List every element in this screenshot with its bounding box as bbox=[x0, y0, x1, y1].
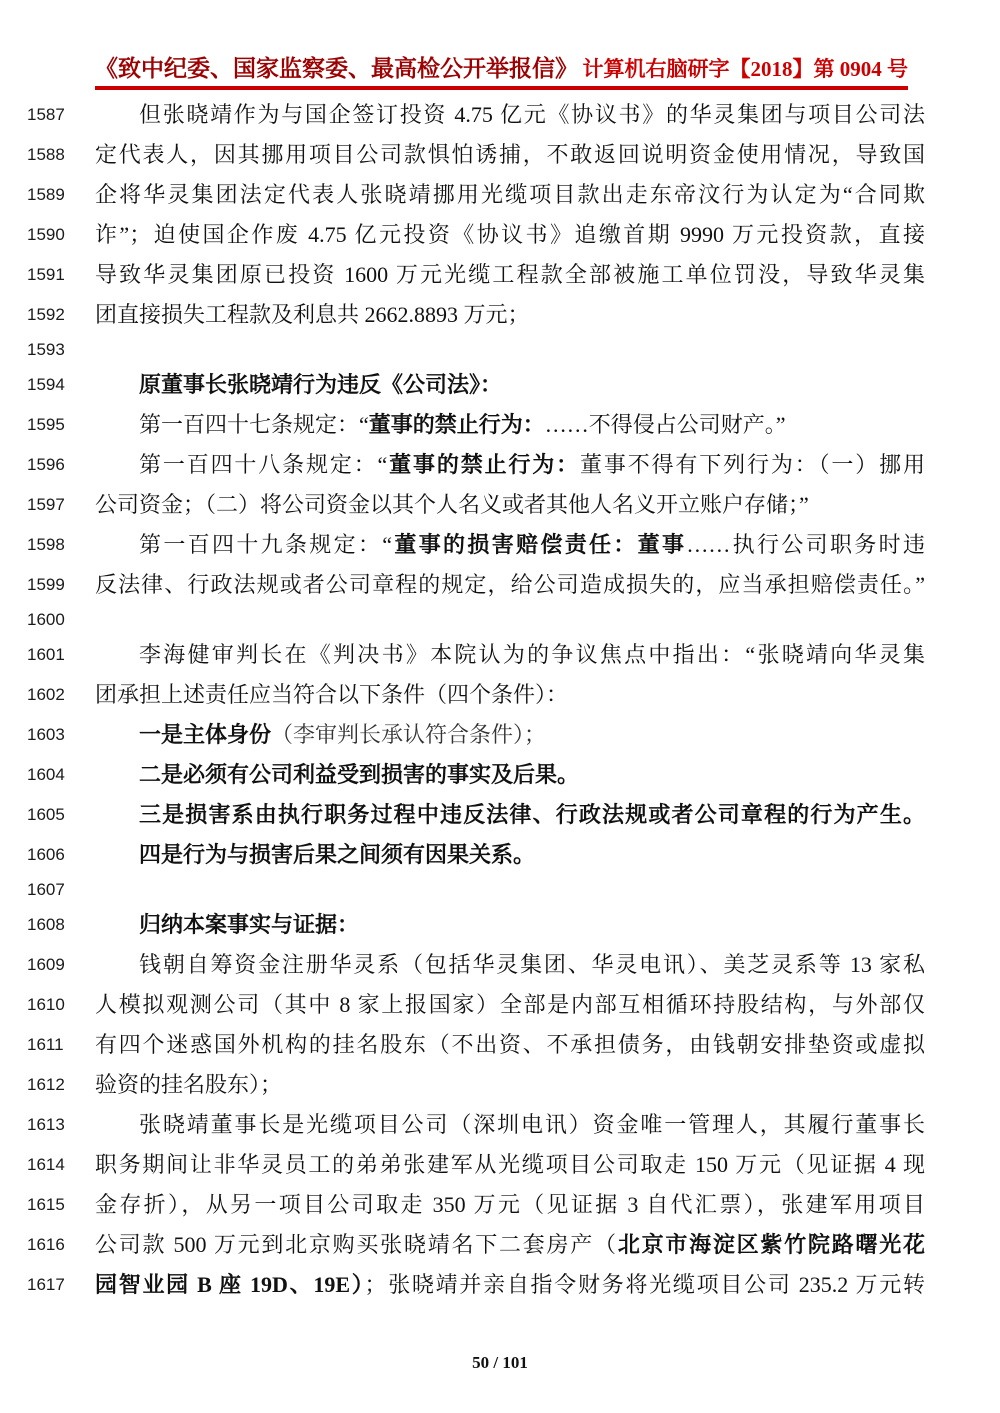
line-text: 第一百四十九条规定：“董事的损害赔偿责任：董事……执行公司职务时违 bbox=[95, 525, 925, 565]
document-line: 1594原董事长张晓靖行为违反《公司法》： bbox=[0, 365, 1000, 405]
line-text: 二是必须有公司利益受到损害的事实及后果。 bbox=[95, 755, 925, 795]
text-segment: 一是主体身份 bbox=[139, 722, 271, 747]
text-segment: 园智业园 B 座 19D、19E） bbox=[95, 1272, 364, 1297]
text-segment: 团承担上述责任应当符合以下条件（四个条件）： bbox=[95, 682, 568, 707]
text-segment: 第一百四十七条规定：“ bbox=[139, 412, 369, 437]
text-segment: 验资的挂名股东）； bbox=[95, 1072, 282, 1097]
line-text: 第一百四十八条规定：“董事的禁止行为：董事不得有下列行为：（一）挪用 bbox=[95, 445, 925, 485]
document-line: 1589企将华灵集团法定代表人张晓靖挪用光缆项目款出走东帝汶行为认定为“合同欺 bbox=[0, 175, 1000, 215]
document-line: 1614职务期间让非华灵员工的弟弟张建军从光缆项目公司取走 150 万元（见证据… bbox=[0, 1145, 1000, 1185]
text-segment: 董事的禁止行为： bbox=[369, 412, 545, 437]
document-page: 《致中纪委、国家监察委、最高检公开举报信》 计算机右脑研字【2018】第 090… bbox=[0, 0, 1000, 1413]
line-number: 1593 bbox=[0, 335, 95, 365]
line-text: 公司款 500 万元到北京购买张晓靖名下二套房产（北京市海淀区紫竹院路曙光花 bbox=[95, 1225, 925, 1265]
text-segment: 钱朝自筹资金注册华灵系（包括华灵集团、华灵电讯）、美芝灵系等 13 家私 bbox=[139, 952, 925, 977]
line-number: 1615 bbox=[0, 1185, 95, 1225]
document-line: 1601李海健审判长在《判决书》本院认为的争议焦点中指出：“张晓靖向华灵集 bbox=[0, 635, 1000, 675]
document-line: 1606四是行为与损害后果之间须有因果关系。 bbox=[0, 835, 1000, 875]
document-line: 1612验资的挂名股东）； bbox=[0, 1065, 1000, 1105]
document-line: 1590诈”；迫使国企作废 4.75 亿元投资《协议书》追缴首期 9990 万元… bbox=[0, 215, 1000, 255]
line-number: 1614 bbox=[0, 1145, 95, 1185]
line-number: 1591 bbox=[0, 255, 95, 295]
document-line: 1592团直接损失工程款及利息共 2662.8893 万元； bbox=[0, 295, 1000, 335]
line-text: 有四个迷惑国外机构的挂名股东（不出资、不承担债务，由钱朝安排垫资或虚拟 bbox=[95, 1025, 925, 1065]
line-text: 但张晓靖作为与国企签订投资 4.75 亿元《协议书》的华灵集团与项目公司法 bbox=[95, 95, 925, 135]
document-line: 1591导致华灵集团原已投资 1600 万元光缆工程款全部被施工单位罚没，导致华… bbox=[0, 255, 1000, 295]
line-text: 第一百四十七条规定：“董事的禁止行为：……不得侵占公司财产。” bbox=[95, 405, 925, 445]
text-segment: ；张晓靖并亲自指令财务将光缆项目公司 235.2 万元转 bbox=[364, 1272, 925, 1297]
text-segment: 归纳本案事实与证据： bbox=[139, 912, 359, 937]
text-segment: 反法律、行政法规或者公司章程的规定，给公司造成损失的，应当承担赔偿责任。” bbox=[95, 572, 925, 597]
line-number: 1588 bbox=[0, 135, 95, 175]
line-text: 归纳本案事实与证据： bbox=[95, 905, 925, 945]
document-line: 1610人模拟观测公司（其中 8 家上报国家）全部是内部互相循环持股结构，与外部… bbox=[0, 985, 1000, 1025]
document-line: 1616公司款 500 万元到北京购买张晓靖名下二套房产（北京市海淀区紫竹院路曙… bbox=[0, 1225, 1000, 1265]
line-number: 1600 bbox=[0, 605, 95, 635]
line-text: 诈”；迫使国企作废 4.75 亿元投资《协议书》追缴首期 9990 万元投资款，… bbox=[95, 215, 925, 255]
line-text: 原董事长张晓靖行为违反《公司法》： bbox=[95, 365, 925, 405]
document-line: 1611有四个迷惑国外机构的挂名股东（不出资、不承担债务，由钱朝安排垫资或虚拟 bbox=[0, 1025, 1000, 1065]
line-number: 1602 bbox=[0, 675, 95, 715]
document-line: 1605三是损害系由执行职务过程中违反法律、行政法规或者公司章程的行为产生。 bbox=[0, 795, 1000, 835]
line-text: 验资的挂名股东）； bbox=[95, 1065, 925, 1105]
text-segment: 原董事长张晓靖行为违反《公司法》： bbox=[139, 372, 502, 397]
text-segment: （李审判长承认符合条件）； bbox=[271, 722, 546, 747]
text-segment: 团直接损失工程款及利息共 2662.8893 万元； bbox=[95, 302, 530, 327]
document-line: 1593 bbox=[0, 335, 1000, 365]
document-body: 1587但张晓靖作为与国企签订投资 4.75 亿元《协议书》的华灵集团与项目公司… bbox=[0, 95, 1000, 1305]
line-number: 1610 bbox=[0, 985, 95, 1025]
line-number: 1595 bbox=[0, 405, 95, 445]
text-segment: 但张晓靖作为与国企签订投资 4.75 亿元《协议书》的华灵集团与项目公司法 bbox=[139, 102, 925, 127]
line-number: 1596 bbox=[0, 445, 95, 485]
line-text: 三是损害系由执行职务过程中违反法律、行政法规或者公司章程的行为产生。 bbox=[95, 795, 925, 835]
text-segment: 四是行为与损害后果之间须有因果关系。 bbox=[139, 842, 535, 867]
document-line: 1603一是主体身份（李审判长承认符合条件）； bbox=[0, 715, 1000, 755]
line-text: 反法律、行政法规或者公司章程的规定，给公司造成损失的，应当承担赔偿责任。” bbox=[95, 565, 925, 605]
line-text: 企将华灵集团法定代表人张晓靖挪用光缆项目款出走东帝汶行为认定为“合同欺 bbox=[95, 175, 925, 215]
text-segment: 第一百四十九条规定：“ bbox=[139, 532, 392, 557]
document-line: 1607 bbox=[0, 875, 1000, 905]
line-number: 1589 bbox=[0, 175, 95, 215]
text-segment: 李海健审判长在《判决书》本院认为的争议焦点中指出：“张晓靖向华灵集 bbox=[139, 642, 925, 667]
header-divider bbox=[95, 86, 908, 90]
line-text: 园智业园 B 座 19D、19E）；张晓靖并亲自指令财务将光缆项目公司 235.… bbox=[95, 1265, 925, 1305]
text-segment: 导致华灵集团原已投资 1600 万元光缆工程款全部被施工单位罚没，导致华灵集 bbox=[95, 262, 925, 287]
line-number: 1599 bbox=[0, 565, 95, 605]
line-text bbox=[95, 605, 925, 635]
document-line: 1600 bbox=[0, 605, 1000, 635]
text-segment: ……不得侵占公司财产。” bbox=[545, 412, 786, 437]
document-line: 1599反法律、行政法规或者公司章程的规定，给公司造成损失的，应当承担赔偿责任。… bbox=[0, 565, 1000, 605]
line-text: 一是主体身份（李审判长承认符合条件）； bbox=[95, 715, 925, 755]
line-number: 1598 bbox=[0, 525, 95, 565]
document-line: 1598第一百四十九条规定：“董事的损害赔偿责任：董事……执行公司职务时违 bbox=[0, 525, 1000, 565]
document-line: 1597公司资金；（二）将公司资金以其个人名义或者其他人名义开立账户存储；” bbox=[0, 485, 1000, 525]
line-text: 张晓靖董事长是光缆项目公司（深圳电讯）资金唯一管理人，其履行董事长 bbox=[95, 1105, 925, 1145]
line-number: 1607 bbox=[0, 875, 95, 905]
line-text: 李海健审判长在《判决书》本院认为的争议焦点中指出：“张晓靖向华灵集 bbox=[95, 635, 925, 675]
line-number: 1604 bbox=[0, 755, 95, 795]
document-line: 1615金存折），从另一项目公司取走 350 万元（见证据 3 自代汇票），张建… bbox=[0, 1185, 1000, 1225]
line-number: 1603 bbox=[0, 715, 95, 755]
document-line: 1587但张晓靖作为与国企签订投资 4.75 亿元《协议书》的华灵集团与项目公司… bbox=[0, 95, 1000, 135]
text-segment: 董事的禁止行为： bbox=[387, 452, 580, 477]
document-line: 1602团承担上述责任应当符合以下条件（四个条件）： bbox=[0, 675, 1000, 715]
text-segment: 公司款 500 万元到北京购买张晓靖名下二套房产（ bbox=[95, 1232, 618, 1257]
text-segment: 企将华灵集团法定代表人张晓靖挪用光缆项目款出走东帝汶行为认定为“合同欺 bbox=[95, 182, 925, 207]
text-segment: 人模拟观测公司（其中 8 家上报国家）全部是内部互相循环持股结构，与外部仅 bbox=[95, 992, 925, 1017]
line-number: 1601 bbox=[0, 635, 95, 675]
document-number: 计算机右脑研字【2018】第 0904 号 bbox=[583, 53, 909, 83]
line-number: 1609 bbox=[0, 945, 95, 985]
line-number: 1605 bbox=[0, 795, 95, 835]
text-segment: ……执行公司职务时违 bbox=[686, 532, 925, 557]
page-header: 《致中纪委、国家监察委、最高检公开举报信》 计算机右脑研字【2018】第 090… bbox=[0, 0, 1000, 83]
text-segment: 定代表人，因其挪用项目公司款惧怕诱捕，不敢返回说明资金使用情况，导致国 bbox=[95, 142, 925, 167]
document-line: 1613张晓靖董事长是光缆项目公司（深圳电讯）资金唯一管理人，其履行董事长 bbox=[0, 1105, 1000, 1145]
document-line: 1588定代表人，因其挪用项目公司款惧怕诱捕，不敢返回说明资金使用情况，导致国 bbox=[0, 135, 1000, 175]
line-number: 1590 bbox=[0, 215, 95, 255]
line-number: 1594 bbox=[0, 365, 95, 405]
line-number: 1613 bbox=[0, 1105, 95, 1145]
line-text: 导致华灵集团原已投资 1600 万元光缆工程款全部被施工单位罚没，导致华灵集 bbox=[95, 255, 925, 295]
line-number: 1617 bbox=[0, 1265, 95, 1305]
text-segment: 董事的损害赔偿责任：董事 bbox=[392, 532, 686, 557]
document-line: 1608归纳本案事实与证据： bbox=[0, 905, 1000, 945]
page-indicator: 50 / 101 bbox=[472, 1353, 528, 1372]
line-number: 1608 bbox=[0, 905, 95, 945]
document-title: 《致中纪委、国家监察委、最高检公开举报信》 bbox=[95, 50, 578, 83]
line-text bbox=[95, 875, 925, 905]
document-line: 1609钱朝自筹资金注册华灵系（包括华灵集团、华灵电讯）、美芝灵系等 13 家私 bbox=[0, 945, 1000, 985]
text-segment: 张晓靖董事长是光缆项目公司（深圳电讯）资金唯一管理人，其履行董事长 bbox=[139, 1112, 925, 1137]
text-segment: 董事不得有下列行为：（一）挪用 bbox=[580, 452, 925, 477]
line-text: 四是行为与损害后果之间须有因果关系。 bbox=[95, 835, 925, 875]
document-line: 1595第一百四十七条规定：“董事的禁止行为：……不得侵占公司财产。” bbox=[0, 405, 1000, 445]
line-text: 钱朝自筹资金注册华灵系（包括华灵集团、华灵电讯）、美芝灵系等 13 家私 bbox=[95, 945, 925, 985]
line-text: 团直接损失工程款及利息共 2662.8893 万元； bbox=[95, 295, 925, 335]
line-text: 团承担上述责任应当符合以下条件（四个条件）： bbox=[95, 675, 925, 715]
line-text: 定代表人，因其挪用项目公司款惧怕诱捕，不敢返回说明资金使用情况，导致国 bbox=[95, 135, 925, 175]
document-line: 1596第一百四十八条规定：“董事的禁止行为：董事不得有下列行为：（一）挪用 bbox=[0, 445, 1000, 485]
text-segment: 有四个迷惑国外机构的挂名股东（不出资、不承担债务，由钱朝安排垫资或虚拟 bbox=[95, 1032, 925, 1057]
text-segment: 公司资金；（二）将公司资金以其个人名义或者其他人名义开立账户存储；” bbox=[95, 492, 809, 517]
text-segment: 三是损害系由执行职务过程中违反法律、行政法规或者公司章程的行为产生。 bbox=[139, 802, 925, 827]
text-segment: 二是必须有公司利益受到损害的事实及后果。 bbox=[139, 762, 579, 787]
line-number: 1616 bbox=[0, 1225, 95, 1265]
line-text: 人模拟观测公司（其中 8 家上报国家）全部是内部互相循环持股结构，与外部仅 bbox=[95, 985, 925, 1025]
line-text: 金存折），从另一项目公司取走 350 万元（见证据 3 自代汇票），张建军用项目 bbox=[95, 1185, 925, 1225]
text-segment: 金存折），从另一项目公司取走 350 万元（见证据 3 自代汇票），张建军用项目 bbox=[95, 1192, 925, 1217]
text-segment: 职务期间让非华灵员工的弟弟张建军从光缆项目公司取走 150 万元（见证据 4 现 bbox=[95, 1152, 925, 1177]
document-line: 1604二是必须有公司利益受到损害的事实及后果。 bbox=[0, 755, 1000, 795]
text-segment: 诈”；迫使国企作废 4.75 亿元投资《协议书》追缴首期 9990 万元投资款，… bbox=[95, 222, 925, 247]
line-number: 1597 bbox=[0, 485, 95, 525]
text-segment: 北京市海淀区紫竹院路曙光花 bbox=[618, 1232, 925, 1257]
line-number: 1587 bbox=[0, 95, 95, 135]
text-segment: 第一百四十八条规定：“ bbox=[139, 452, 387, 477]
page-footer: 50 / 101 bbox=[0, 1353, 1000, 1373]
line-text bbox=[95, 335, 925, 365]
line-text: 公司资金；（二）将公司资金以其个人名义或者其他人名义开立账户存储；” bbox=[95, 485, 925, 525]
line-text: 职务期间让非华灵员工的弟弟张建军从光缆项目公司取走 150 万元（见证据 4 现 bbox=[95, 1145, 925, 1185]
line-number: 1592 bbox=[0, 295, 95, 335]
line-number: 1606 bbox=[0, 835, 95, 875]
line-number: 1611 bbox=[0, 1025, 95, 1065]
line-number: 1612 bbox=[0, 1065, 95, 1105]
document-line: 1617园智业园 B 座 19D、19E）；张晓靖并亲自指令财务将光缆项目公司 … bbox=[0, 1265, 1000, 1305]
